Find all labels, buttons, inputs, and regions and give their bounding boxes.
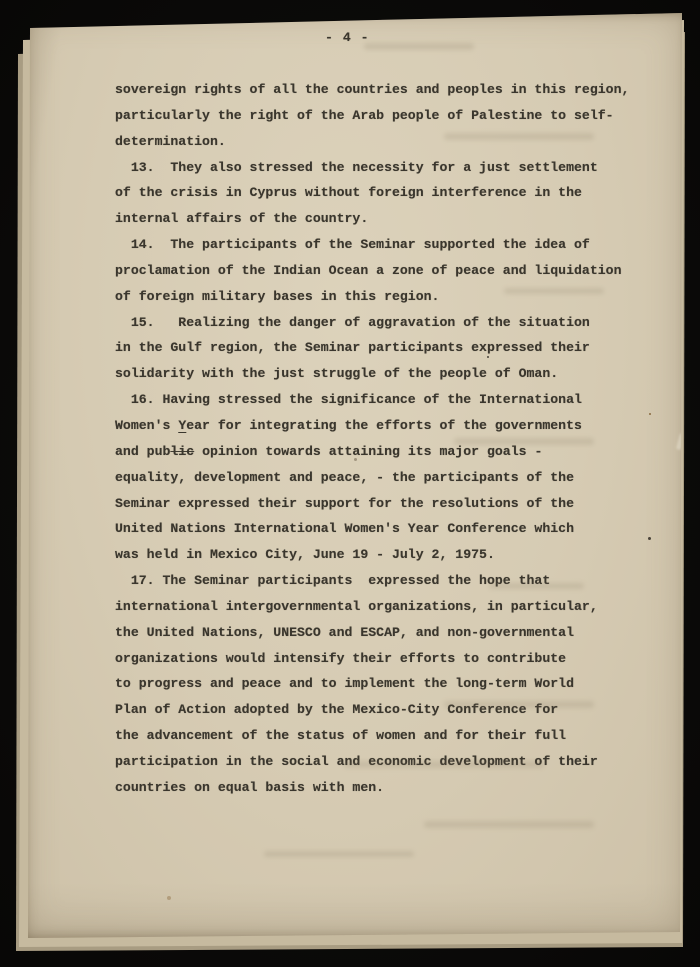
- text-line: to progress and peace and to implement t…: [115, 676, 629, 702]
- bleed-through-mark: [424, 821, 594, 828]
- text-line: and public opinion towards attaining its…: [115, 444, 629, 470]
- typewriter-underline-mark: Y: [178, 418, 186, 433]
- text-line: 14. The participants of the Seminar supp…: [115, 237, 629, 263]
- text-line: the advancement of the status of women a…: [115, 728, 629, 754]
- text-line: 13. They also stressed the necessity for…: [115, 160, 629, 186]
- text-line: participation in the social and economic…: [115, 754, 629, 780]
- text-line: was held in Mexico City, June 19 - July …: [115, 547, 629, 573]
- text-line: in the Gulf region, the Seminar particip…: [115, 340, 629, 366]
- text-line: 15. Realizing the danger of aggravation …: [115, 315, 629, 341]
- paper-speck: [167, 896, 171, 900]
- text-line: of the crisis in Cyprus without foreign …: [115, 185, 629, 211]
- text-line: internal affairs of the country.: [115, 211, 629, 237]
- text-line: sovereign rights of all the countries an…: [115, 82, 629, 108]
- typewriter-strike-mark: lic: [170, 444, 194, 459]
- text-line: equality, development and peace, - the p…: [115, 470, 629, 496]
- text-line: of foreign military bases in this region…: [115, 289, 629, 315]
- bleed-through-mark: [264, 851, 414, 857]
- text-line: the United Nations, UNESCO and ESCAP, an…: [115, 625, 629, 651]
- document-page: - 4 - sovereign rights of all the countr…: [24, 13, 682, 938]
- text-line: countries on equal basis with men.: [115, 780, 629, 806]
- scan-background: - 4 - sovereign rights of all the countr…: [0, 0, 700, 967]
- text-line: Plan of Action adopted by the Mexico-Cit…: [115, 702, 629, 728]
- text-line: proclamation of the Indian Ocean a zone …: [115, 263, 629, 289]
- text-line: determination.: [115, 134, 629, 160]
- text-line: organizations would intensify their effo…: [115, 651, 629, 677]
- text-line: Women's Year for integrating the efforts…: [115, 418, 629, 444]
- document-body: sovereign rights of all the countries an…: [115, 82, 629, 806]
- paper-speck: [648, 537, 651, 540]
- text-line: Seminar expressed their support for the …: [115, 496, 629, 522]
- paper-speck: [649, 413, 651, 415]
- text-line: particularly the right of the Arab peopl…: [115, 108, 629, 134]
- text-line: solidarity with the just struggle of the…: [115, 366, 629, 392]
- page-number: - 4 -: [325, 25, 370, 51]
- text-line: United Nations International Women's Yea…: [115, 521, 629, 547]
- text-line: 17. The Seminar participants expressed t…: [115, 573, 629, 599]
- bleed-through-mark: [364, 43, 474, 50]
- text-line: international intergovernmental organiza…: [115, 599, 629, 625]
- text-line: 16. Having stressed the significance of …: [115, 392, 629, 418]
